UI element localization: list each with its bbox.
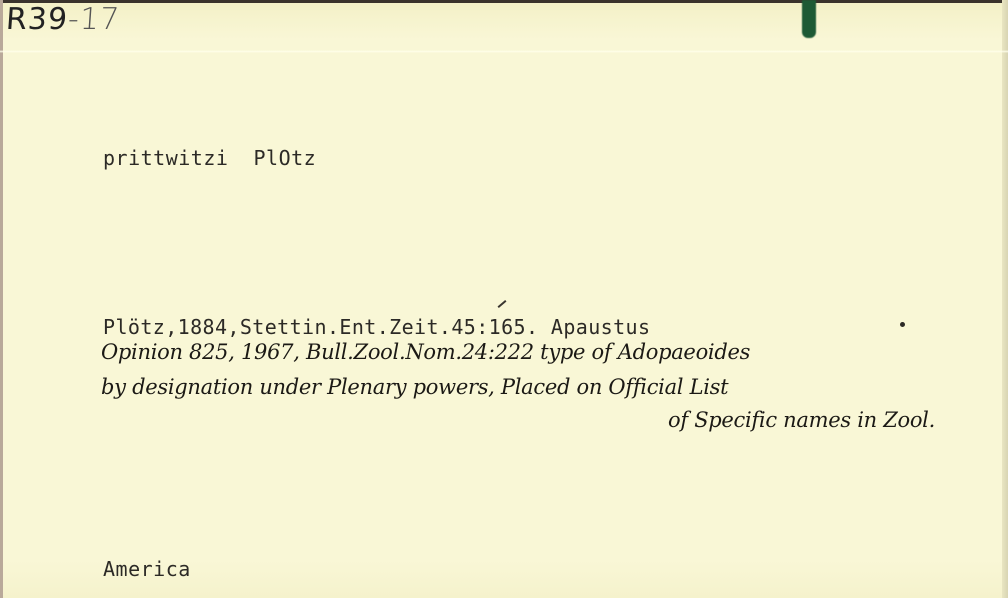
green-index-tab	[802, 0, 816, 38]
region-label: America	[103, 557, 191, 581]
handwritten-accent-mark	[498, 300, 507, 308]
catalog-number: R39-17	[5, 2, 121, 37]
handwritten-note-line-2: by designation under Plenary powers, Pla…	[101, 375, 728, 399]
card-fold-line	[0, 50, 1008, 53]
catalog-number-suffix: -17	[67, 2, 121, 37]
handwritten-note-line-1: Opinion 825, 1967, Bull.Zool.Nom.24:222 …	[101, 340, 750, 364]
species-name: prittwitzi PlOtz	[103, 146, 316, 170]
handwritten-note-line-3: of Specific names in Zool.	[668, 408, 935, 432]
typed-dot-mark	[900, 322, 905, 327]
card-left-edge	[0, 0, 3, 598]
card-top-edge	[0, 0, 1008, 3]
catalog-number-prefix: R39	[5, 2, 69, 37]
card-right-edge	[1002, 0, 1008, 598]
reference-citation: Plötz,1884,Stettin.Ent.Zeit.45:165. Apau…	[103, 315, 650, 339]
index-card: R39-17 prittwitzi PlOtz Plötz,1884,Stett…	[0, 0, 1008, 598]
